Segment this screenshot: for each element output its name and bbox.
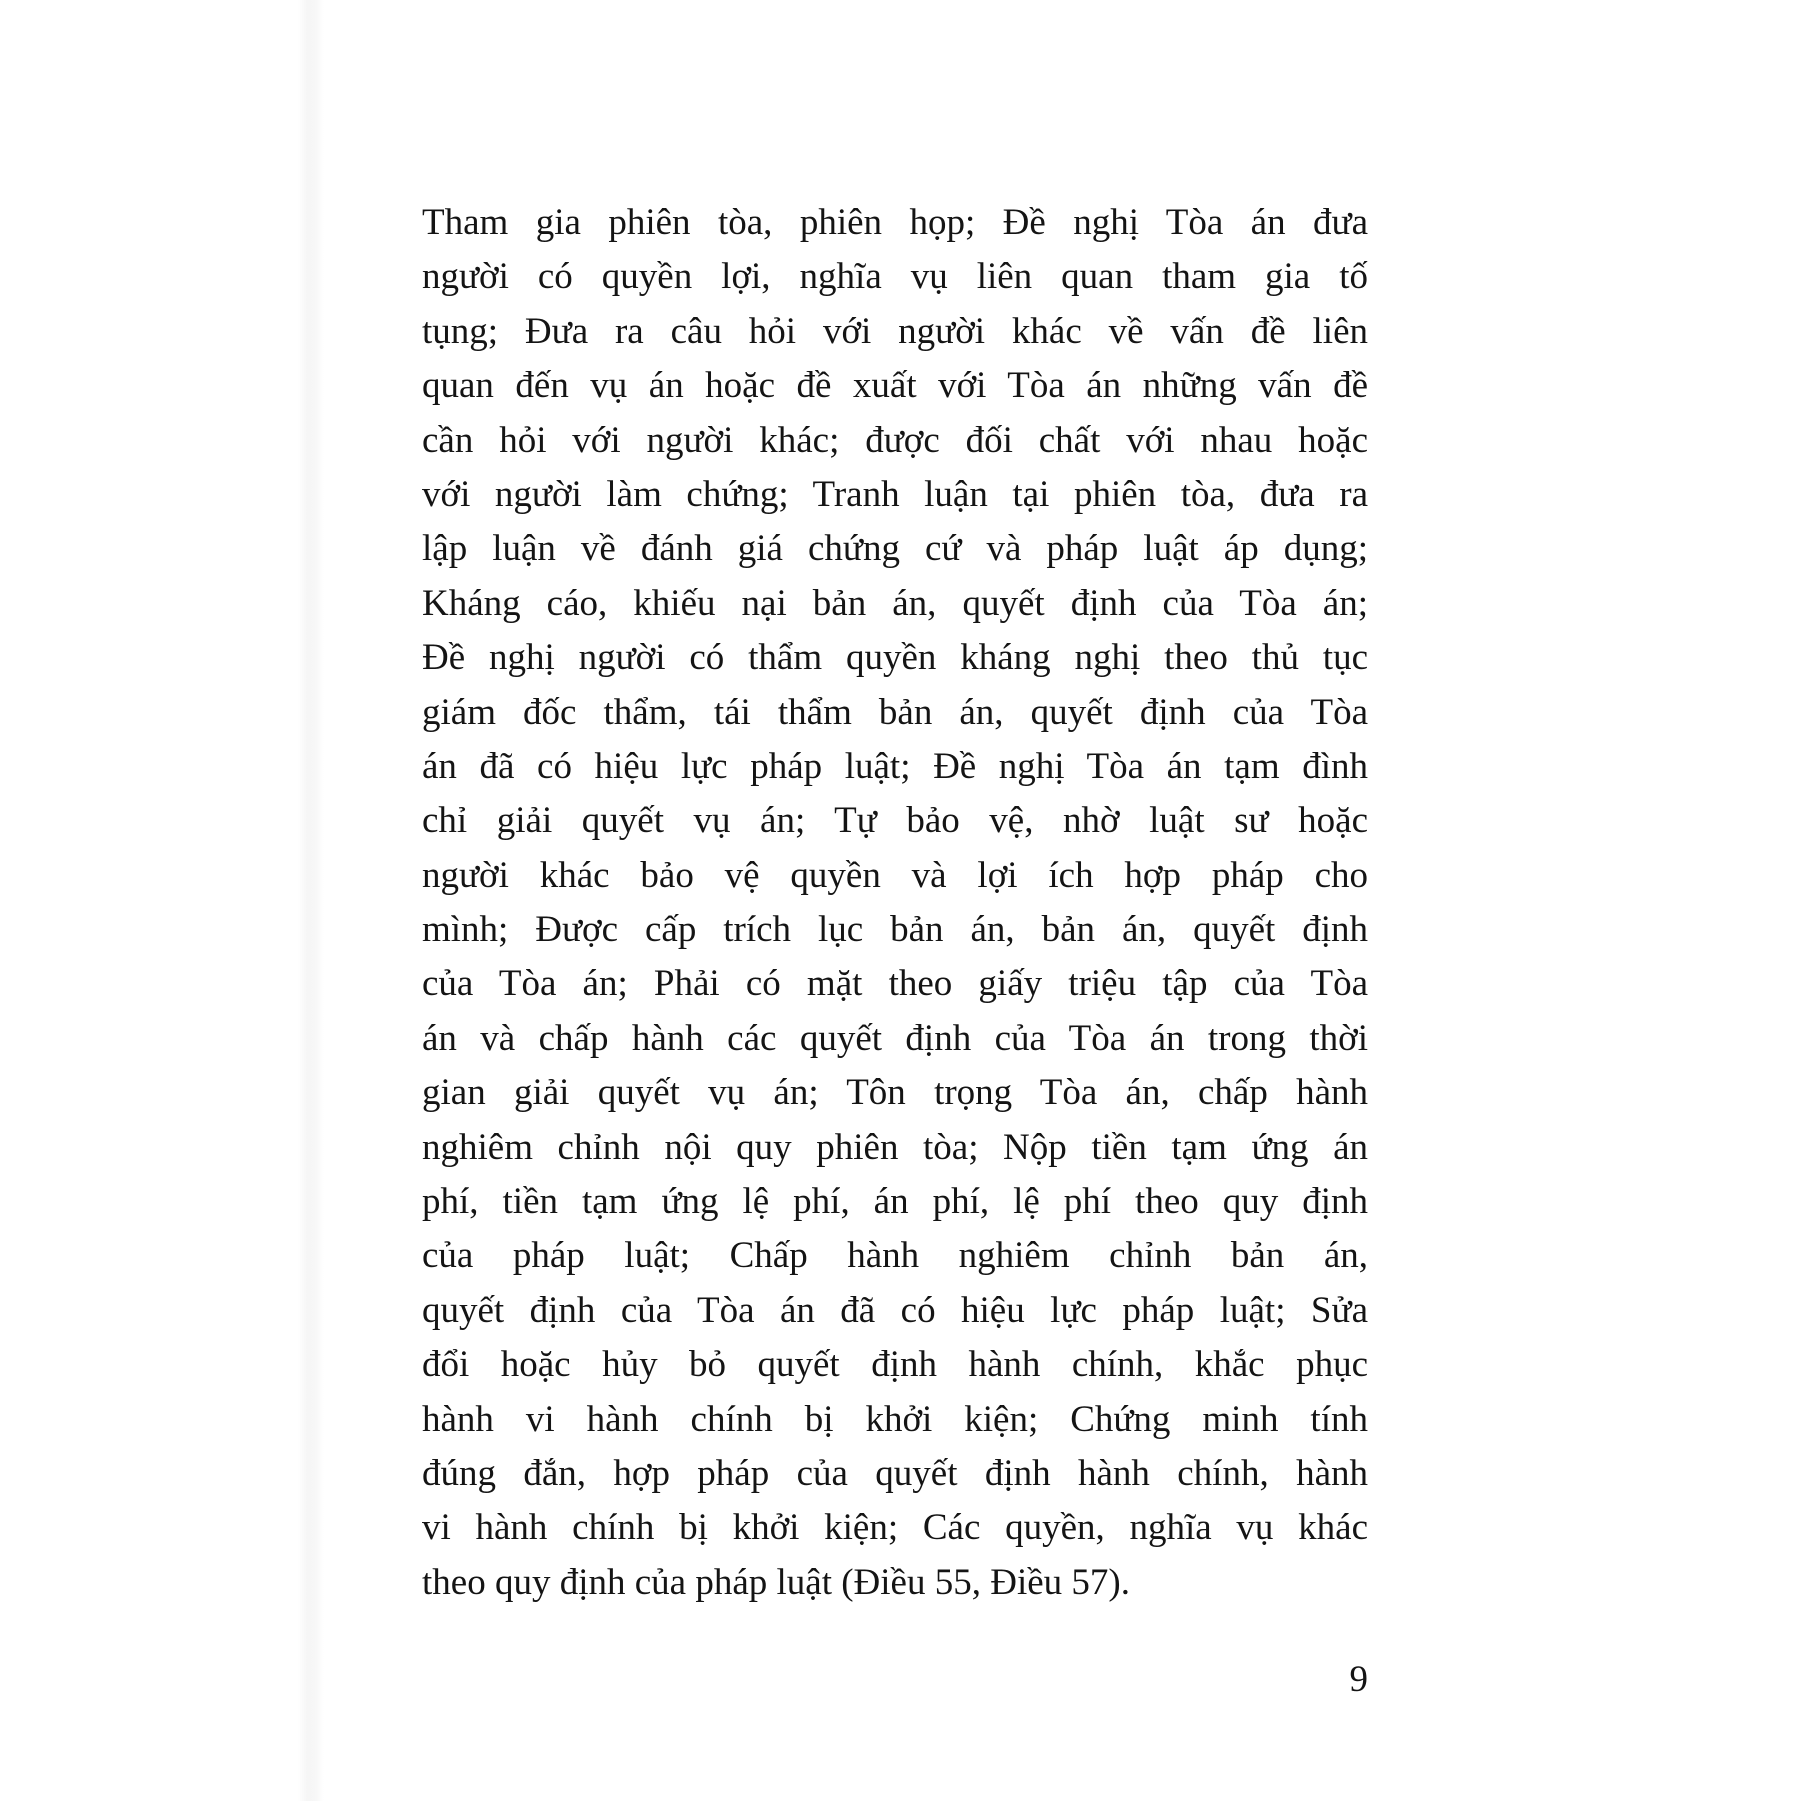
page-body-text: Tham gia phiên tòa, phiên họp; Đề nghị T… <box>422 196 1368 1610</box>
text-line: cần hỏi với người khác; được đối chất vớ… <box>422 414 1368 468</box>
text-line: đúng đắn, hợp pháp của quyết định hành c… <box>422 1447 1368 1501</box>
page-number: 9 <box>1350 1656 1369 1704</box>
text-line: người có quyền lợi, nghĩa vụ liên quan t… <box>422 250 1368 304</box>
text-line: Tham gia phiên tòa, phiên họp; Đề nghị T… <box>422 196 1368 250</box>
page-gutter-shadow <box>298 0 324 1801</box>
text-line: Kháng cáo, khiếu nại bản án, quyết định … <box>422 577 1368 631</box>
text-line: gian giải quyết vụ án; Tôn trọng Tòa án,… <box>422 1066 1368 1120</box>
text-line: án và chấp hành các quyết định của Tòa á… <box>422 1012 1368 1066</box>
text-line: giám đốc thẩm, tái thẩm bản án, quyết đị… <box>422 686 1368 740</box>
text-line: hành vi hành chính bị khởi kiện; Chứng m… <box>422 1393 1368 1447</box>
text-line: của pháp luật; Chấp hành nghiêm chỉnh bả… <box>422 1229 1368 1283</box>
text-line: quyết định của Tòa án đã có hiệu lực phá… <box>422 1284 1368 1338</box>
text-line: án đã có hiệu lực pháp luật; Đề nghị Tòa… <box>422 740 1368 794</box>
text-line: đổi hoặc hủy bỏ quyết định hành chính, k… <box>422 1338 1368 1392</box>
text-line: của Tòa án; Phải có mặt theo giấy triệu … <box>422 957 1368 1011</box>
text-line: mình; Được cấp trích lục bản án, bản án,… <box>422 903 1368 957</box>
text-line-last: theo quy định của pháp luật (Điều 55, Đi… <box>422 1556 1368 1610</box>
text-line: phí, tiền tạm ứng lệ phí, án phí, lệ phí… <box>422 1175 1368 1229</box>
text-line: chỉ giải quyết vụ án; Tự bảo vệ, nhờ luậ… <box>422 794 1368 848</box>
text-line: người khác bảo vệ quyền và lợi ích hợp p… <box>422 849 1368 903</box>
text-line: nghiêm chỉnh nội quy phiên tòa; Nộp tiền… <box>422 1121 1368 1175</box>
text-line: Đề nghị người có thẩm quyền kháng nghị t… <box>422 631 1368 685</box>
text-line: vi hành chính bị khởi kiện; Các quyền, n… <box>422 1501 1368 1555</box>
text-line: lập luận về đánh giá chứng cứ và pháp lu… <box>422 522 1368 576</box>
text-line: tụng; Đưa ra câu hỏi với người khác về v… <box>422 305 1368 359</box>
text-line: với người làm chứng; Tranh luận tại phiê… <box>422 468 1368 522</box>
text-line: quan đến vụ án hoặc đề xuất với Tòa án n… <box>422 359 1368 413</box>
